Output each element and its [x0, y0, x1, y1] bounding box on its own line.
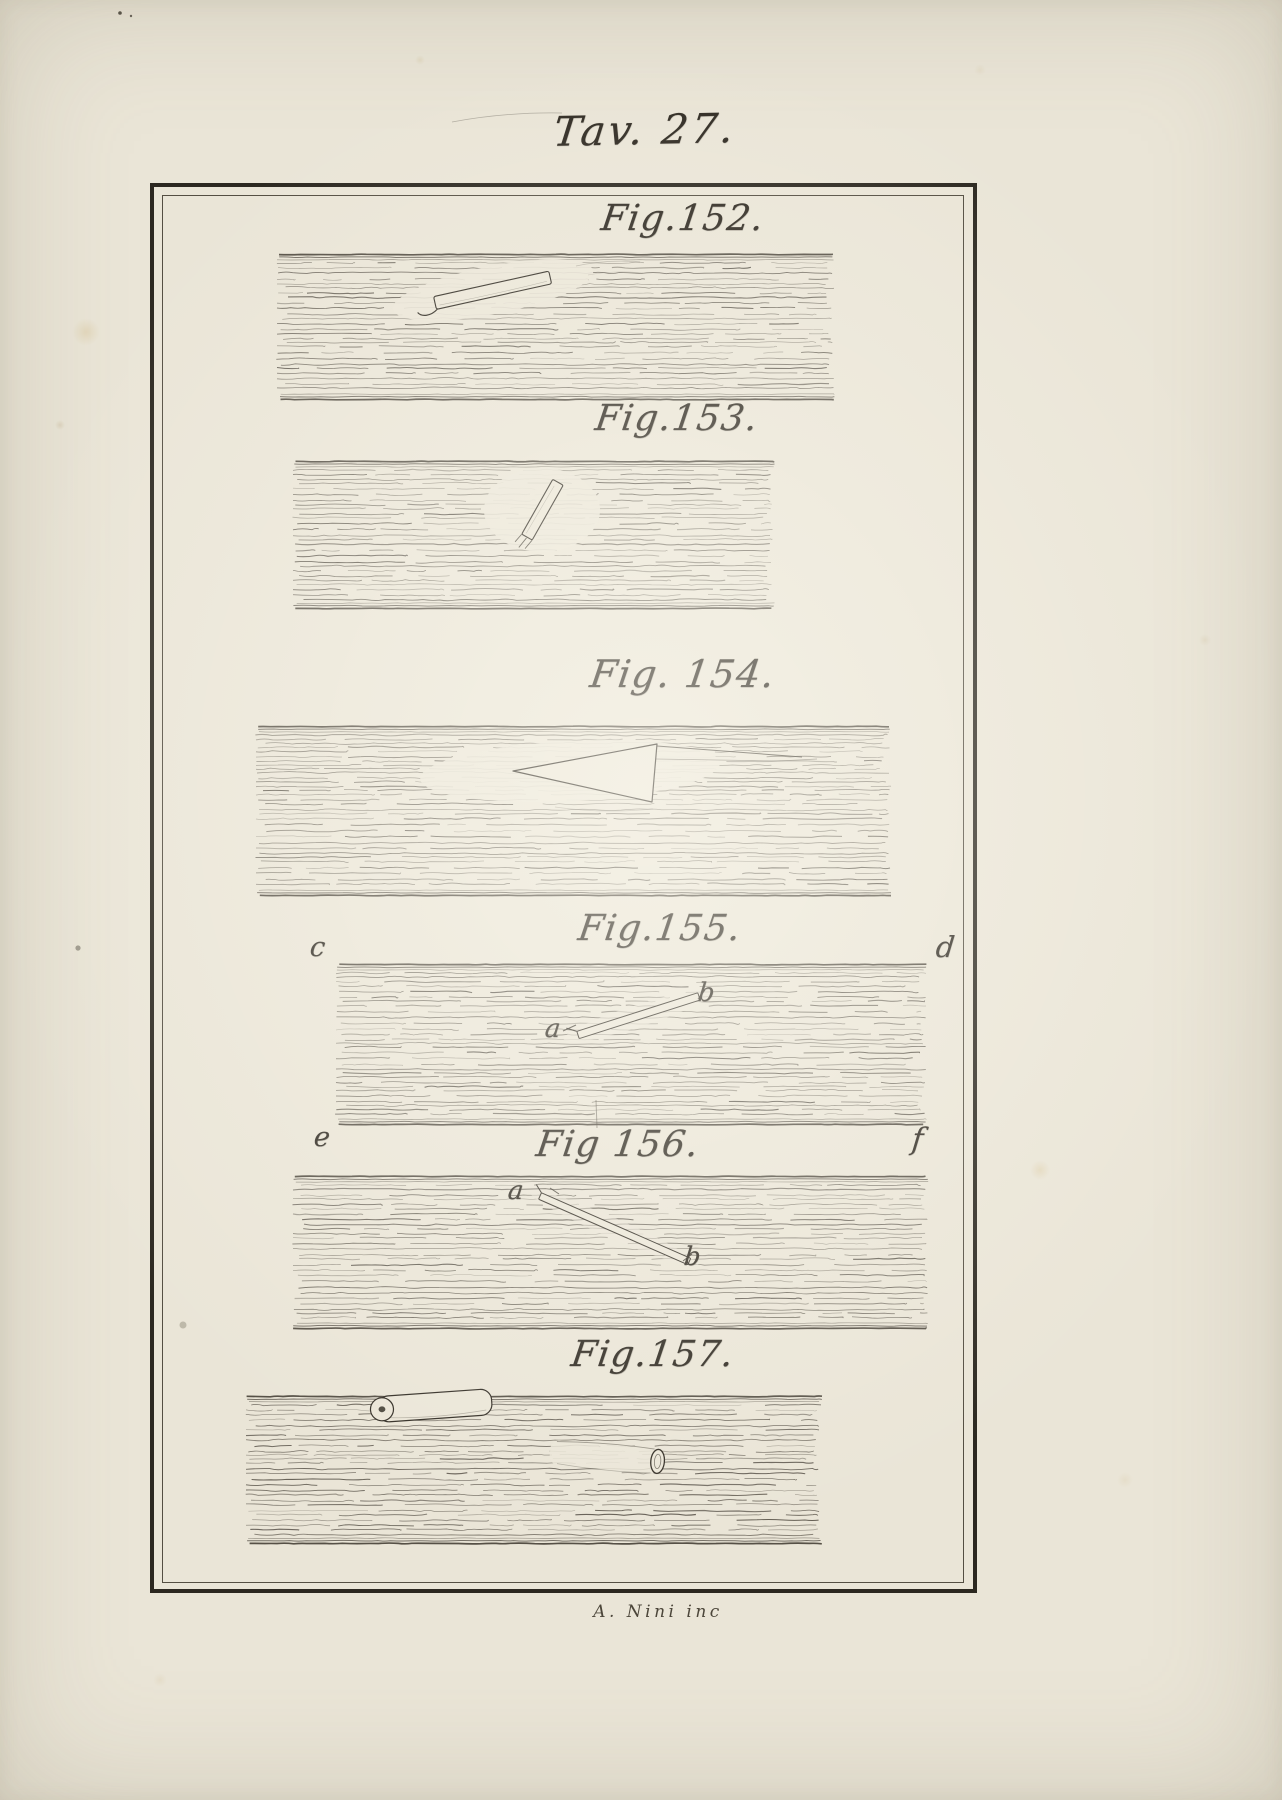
- figure-152-label: Fig.152.: [599, 198, 768, 239]
- figure-155-wood-grain-panel: [335, 963, 928, 1126]
- figure-156-wood-grain-panel: [292, 1175, 930, 1330]
- foxing-spot: [72, 318, 100, 346]
- engraver-signature: A. Nini inc: [593, 1602, 723, 1622]
- figure-157-wood-grain-panel: [245, 1395, 823, 1545]
- foxing-spot: [415, 55, 425, 65]
- figure-156-corner-label-e: e: [312, 1122, 331, 1153]
- figure-155-point-label-b: b: [696, 978, 716, 1008]
- figure-155-corner-label-c: c: [308, 932, 326, 963]
- figure-153-wood-grain-panel: [292, 460, 776, 610]
- figure-155-point-label-a: a: [543, 1014, 562, 1044]
- figure-154-label: Fig. 154.: [587, 652, 778, 696]
- figure-154-wood-grain-panel: [255, 725, 893, 897]
- plate-title: Tav. 27.: [551, 104, 739, 156]
- figure-152-wood-grain-panel: [276, 253, 836, 401]
- foxing-spot: [55, 420, 65, 430]
- foxing-spot: [1199, 634, 1211, 646]
- foxing-spot: [1117, 1472, 1133, 1488]
- figure-155-label: Fig.155.: [576, 908, 745, 949]
- foxing-spot: [1030, 1160, 1050, 1180]
- figure-155-corner-label-d: d: [934, 930, 956, 964]
- figure-156-point-label-a: a: [506, 1176, 525, 1206]
- figure-157-label: Fig.157.: [569, 1334, 738, 1375]
- figure-156-point-label-b: b: [682, 1242, 702, 1272]
- foxing-spot: [974, 64, 986, 76]
- figure-156-label: Fig 156.: [534, 1124, 703, 1165]
- foxing-spot: [153, 1673, 167, 1687]
- figure-153-label: Fig.153.: [593, 398, 762, 439]
